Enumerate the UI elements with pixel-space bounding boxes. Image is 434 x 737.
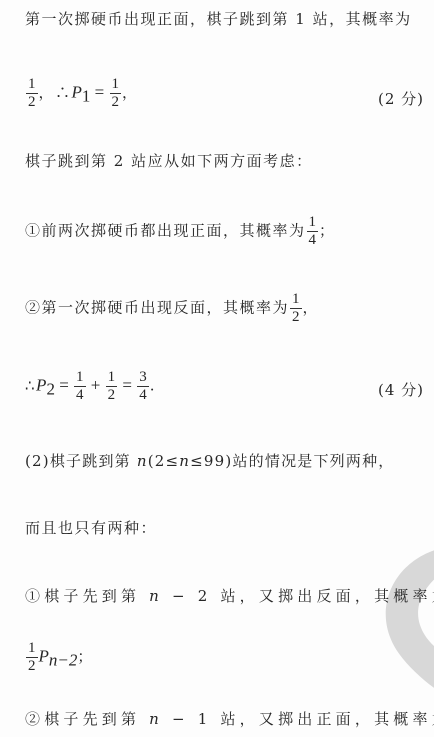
fraction-one-half: 12: [110, 76, 122, 111]
equals-sign: =: [90, 83, 108, 102]
subcase-text: ②棋子先到第: [25, 710, 149, 728]
subcase-text: ①棋子先到第: [25, 587, 149, 605]
text-line-part-2: (2)棋子跳到第 n(2≤n≤99)站的情况是下列两种，: [25, 451, 422, 471]
variable-n: n: [149, 710, 163, 728]
text-line-subcase-1: ①棋子先到第 n − 2 站，又掷出反面，其概率为: [25, 586, 422, 606]
semicolon: ；: [77, 648, 94, 666]
watermark-swirl-icon: [360, 545, 434, 715]
subscript: 2: [46, 380, 55, 399]
case-text: ①前两次掷硬币都出现正面，其概率为: [25, 222, 306, 240]
part-label: (2)棋子跳到第: [25, 452, 137, 470]
denominator: 2: [290, 309, 302, 326]
variable-n: n: [137, 452, 148, 470]
numerator: 1: [26, 640, 38, 658]
numerator: 1: [110, 76, 122, 94]
denominator: 4: [137, 387, 149, 404]
fraction-three-quarters: 34: [137, 369, 149, 404]
score-label-4: (4 分): [378, 379, 424, 400]
comma: ，: [122, 84, 139, 102]
variable-p: P: [36, 376, 46, 395]
numerator: 1: [290, 291, 302, 309]
equals-sign: =: [118, 376, 136, 395]
denominator: 2: [106, 387, 118, 404]
part-text: 站的情况是下列两种，: [232, 452, 394, 470]
range-end: ≤99): [190, 452, 232, 470]
formula-line-p2: ∴P2 = 14 + 12 = 34.: [25, 369, 422, 404]
text-line-only-two: 而且也只有两种：: [25, 518, 422, 538]
period: .: [150, 377, 156, 395]
text-line-subcase-2: ②棋子先到第 n − 1 站，又掷出正面，其概率为: [25, 709, 422, 729]
denominator: 2: [26, 658, 38, 675]
numerator: 3: [137, 369, 149, 387]
fraction-one-half: 12: [106, 369, 118, 404]
therefore-symbol: ∴: [25, 377, 36, 395]
fraction-one-half: 12: [26, 76, 38, 111]
subscript: n−2: [49, 651, 77, 670]
subcase-text: − 1 站，又掷出正面，其概率为: [163, 710, 434, 728]
range-start: (2≤: [148, 452, 180, 470]
therefore-symbol: ，∴: [39, 84, 72, 102]
equals-sign: =: [55, 376, 73, 395]
variable-p: P: [72, 83, 82, 102]
fraction-one-quarter: 14: [74, 369, 86, 404]
case-text: ②第一次掷硬币出现反面，其概率为: [25, 299, 289, 317]
text-line-station-2: 棋子跳到第 2 站应从如下两方面考虑：: [25, 151, 422, 171]
denominator: 4: [74, 387, 86, 404]
variable-p: P: [39, 647, 49, 666]
plus-sign: +: [87, 376, 105, 395]
denominator: 2: [110, 94, 122, 111]
fraction-one-half: 12: [26, 640, 38, 675]
fraction-one-quarter: 14: [307, 214, 319, 249]
variable-n: n: [179, 452, 190, 470]
variable-n: n: [149, 587, 163, 605]
text-line-case-1: ①前两次掷硬币都出现正面，其概率为14；: [25, 214, 422, 249]
formula-line-half-p-n-minus-2: 12Pn−2；: [25, 640, 422, 675]
numerator: 1: [307, 214, 319, 232]
text-line-first-toss: 第一次掷硬币出现正面，棋子跳到第 1 站，其概率为: [25, 9, 422, 29]
numerator: 1: [106, 369, 118, 387]
denominator: 2: [26, 94, 38, 111]
fraction-one-half: 12: [290, 291, 302, 326]
numerator: 1: [26, 76, 38, 94]
subcase-text: − 2 站，又掷出反面，其概率为: [163, 587, 434, 605]
semicolon: ；: [319, 222, 336, 240]
text-line-case-2: ②第一次掷硬币出现反面，其概率为12，: [25, 291, 422, 326]
numerator: 1: [74, 369, 86, 387]
score-label-2: (2 分): [378, 88, 424, 109]
comma: ，: [303, 299, 320, 317]
formula-line-p1: 12，∴P1 = 12，: [25, 76, 422, 111]
denominator: 4: [307, 232, 319, 249]
